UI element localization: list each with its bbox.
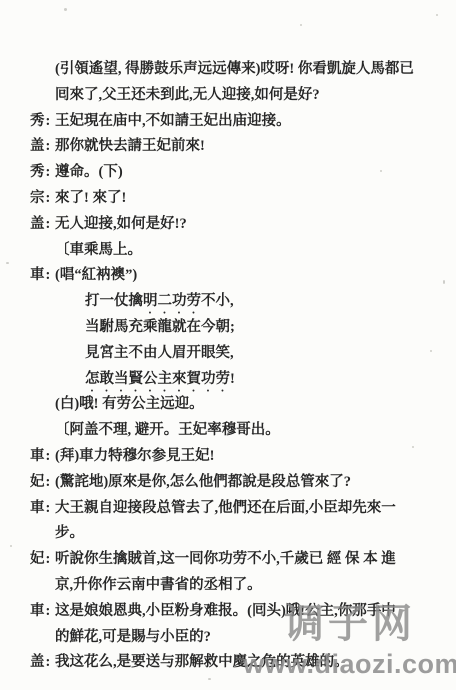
line-text: 听說你生擒賊首,这一囘你功劳不小,千歲已 經 保 本 進 (55, 551, 396, 567)
script-line: 車:(拜)車力特穆尔参見王妃! (0, 444, 456, 470)
line-text: 当駙馬充乘龍就在今朝; (85, 319, 235, 335)
script-line: 步。 (0, 521, 456, 547)
speaker-label: 車: (30, 599, 51, 625)
emphasized-text: 明二功劳 (143, 293, 201, 309)
script-line: (引領遙望, 得勝鼓乐声远远傳来)哎呀! 你看凱旋人馬都已 (0, 57, 456, 83)
line-text: 那你就快去請王妃前來! (55, 138, 205, 154)
scan-speck (436, 14, 438, 16)
scan-speck (10, 545, 12, 547)
speaker-label: 妃: (30, 470, 51, 496)
scan-speck (64, 8, 67, 11)
script-line: 盖:那你就快去請王妃前來! (0, 134, 456, 160)
script-body: (引領遙望, 得勝鼓乐声远远傳来)哎呀! 你看凱旋人馬都已囘來了,父王还未到此,… (0, 0, 456, 676)
speaker-label: 車: (30, 496, 51, 522)
watermark-url: www.diaozi.com (243, 649, 456, 679)
script-line: 宗:來了! 來了! (0, 186, 456, 212)
line-text: 〔阿盖不理, 避开。王妃率穆哥出。 (55, 422, 280, 438)
script-line: 妃:(驚詫地)原來是你,怎么他們都說是段总管來了? (0, 470, 456, 496)
line-text: 的鮮花,可是賜与小臣的? (55, 629, 211, 645)
script-line: 怎敢当賢公主來賀功劳! (0, 367, 456, 393)
script-line: 当駙馬充乘龍就在今朝; (0, 315, 456, 341)
speaker-label: 妃: (30, 547, 51, 573)
line-text: 大王親自迎接段总管去了,他們还在后面,小臣却先來一 (55, 500, 396, 516)
script-line: 京,升你作云南中書省的丞相了。 (0, 573, 456, 599)
speaker-label: 車: (30, 263, 51, 289)
script-line: 妃:听說你生擒賊首,这一囘你功劳不小,千歲已 經 保 本 進 (0, 547, 456, 573)
watermark-brand: 调子网 (284, 602, 416, 646)
line-text: 囘來了,父王还未到此,无人迎接,如何是好? (55, 87, 320, 103)
line-text: 〔車乘馬上。 (55, 242, 142, 258)
speaker-label: 盖: (30, 134, 51, 160)
scan-speck (430, 350, 432, 352)
script-line: 〔阿盖不理, 避开。王妃率穆哥出。 (0, 418, 456, 444)
line-text: 步。 (55, 525, 84, 541)
speaker-label: 盖: (30, 212, 51, 238)
line-text: (白)哦! 有劳公主远迎。 (55, 396, 204, 412)
scan-speck (412, 446, 414, 448)
line-text: (引領遙望, 得勝鼓乐声远远傳来)哎呀! 你看凱旋人馬都已 (55, 61, 414, 77)
script-line: 盖:无人迎接,如何是好!? (0, 212, 456, 238)
script-line: 〔車乘馬上。 (0, 238, 456, 264)
script-line: 車:(唱“紅衲襖”) (0, 263, 456, 289)
line-text: 遵命。(下) (55, 164, 123, 180)
script-line: 秀:王妃現在庙中,不如請王妃出庙迎接。 (0, 109, 456, 135)
line-text: 打一仗擒 (85, 293, 143, 309)
scan-speck (6, 262, 9, 264)
line-text: (唱“紅衲襖”) (55, 267, 137, 283)
line-text: (驚詫地)原來是你,怎么他們都說是段总管來了? (55, 474, 351, 490)
line-text: 不小, (201, 293, 234, 309)
scan-speck (443, 280, 445, 284)
speaker-label: 車: (30, 444, 51, 470)
script-line: 秀:遵命。(下) (0, 160, 456, 186)
script-line: 車:大王親自迎接段总管去了,他們还在后面,小臣却先來一 (0, 496, 456, 522)
speaker-label: 宗: (30, 186, 51, 212)
scan-speck (208, 678, 211, 680)
script-line: (白)哦! 有劳公主远迎。 (0, 392, 456, 418)
script-line: 囘來了,父王还未到此,无人迎接,如何是好? (0, 83, 456, 109)
speaker-label: 秀: (30, 109, 51, 135)
line-text: 來了! 來了! (55, 190, 126, 206)
line-text: ! (230, 371, 235, 387)
line-text: 京,升你作云南中書省的丞相了。 (55, 577, 262, 593)
line-text: 見宮主不由人眉开眼笑, (85, 345, 234, 361)
line-text: 王妃現在庙中,不如請王妃出庙迎接。 (55, 113, 291, 129)
line-text: 无人迎接,如何是好!? (55, 216, 187, 232)
speaker-label: 秀: (30, 160, 51, 186)
script-line: 見宮主不由人眉开眼笑, (0, 341, 456, 367)
scanned-page: (引領遙望, 得勝鼓乐声远远傳来)哎呀! 你看凱旋人馬都已囘來了,父王还未到此,… (0, 0, 456, 690)
script-line: 打一仗擒明二功劳不小, (0, 289, 456, 315)
scan-speck (380, 170, 382, 172)
scan-speck (300, 24, 302, 26)
line-text: (拜)車力特穆尔参見王妃! (55, 448, 215, 464)
emphasized-text: 怎敢当賢公主來賀功劳 (85, 371, 230, 387)
speaker-label: 盖: (30, 650, 51, 676)
